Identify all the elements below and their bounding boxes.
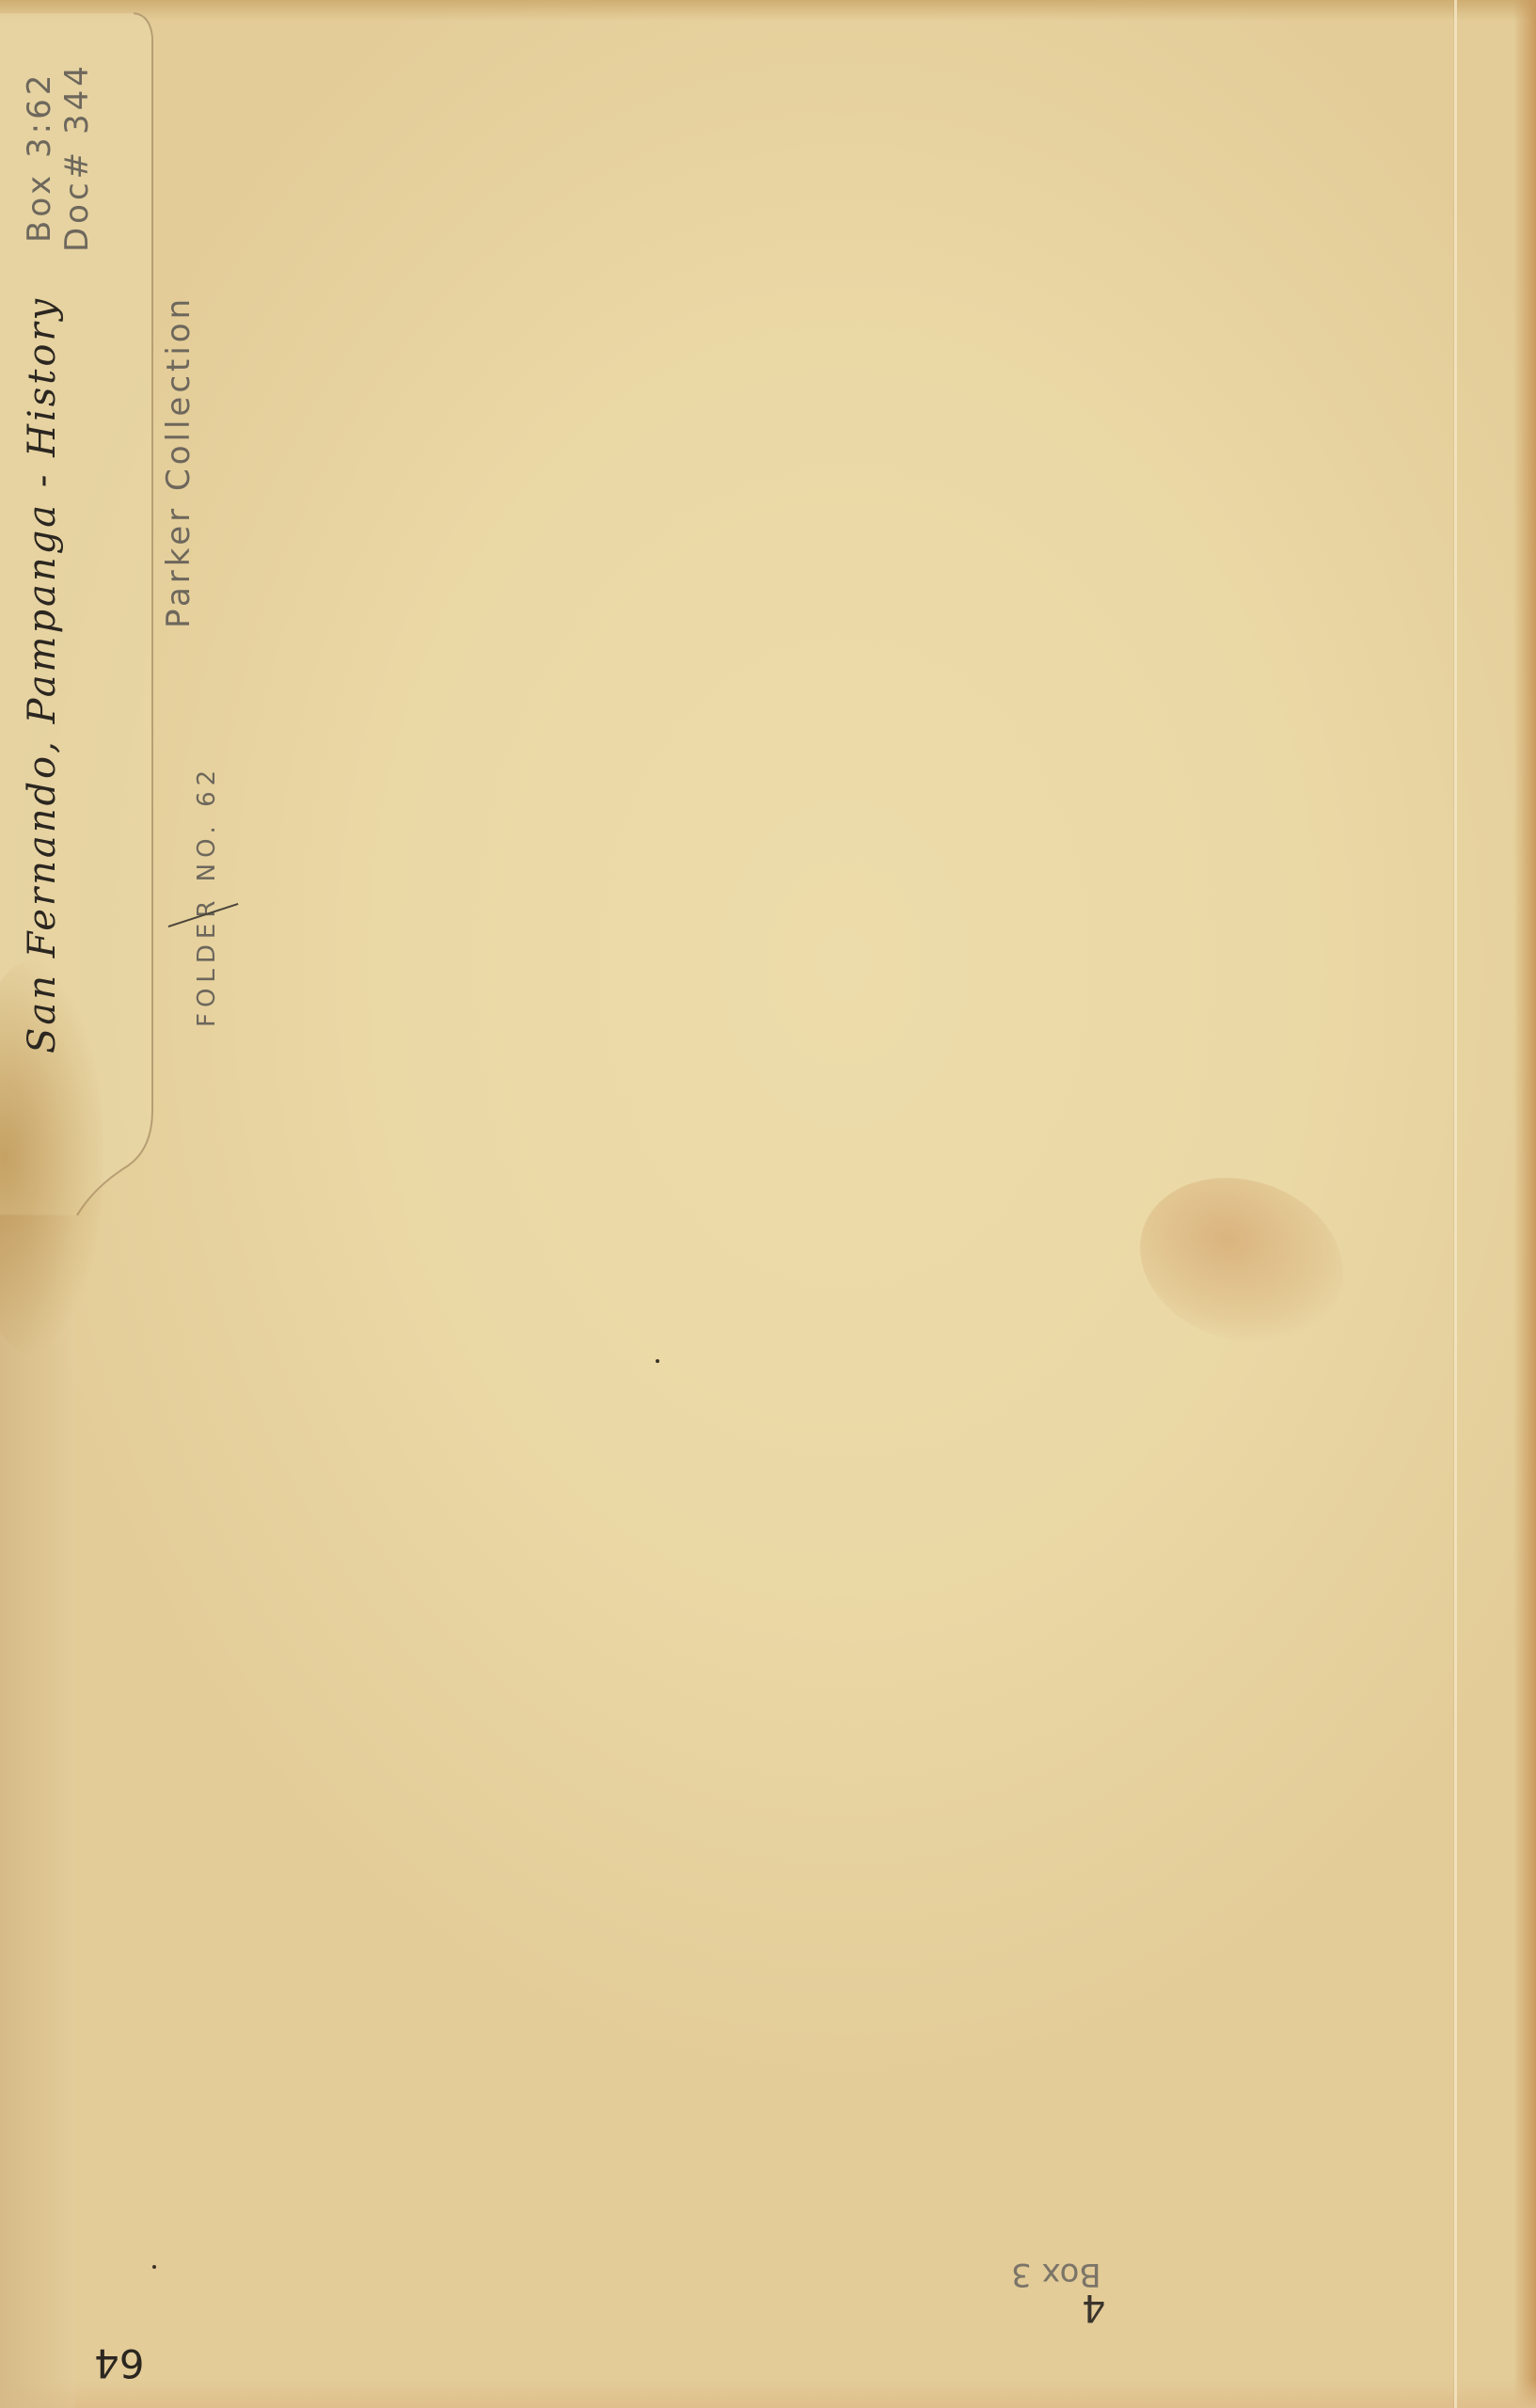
folder-scan: San Fernando, Pampanga - History Box 3:6… bbox=[0, 0, 1536, 2408]
box-annotation-overwrite: 4 bbox=[1082, 2286, 1105, 2329]
fold-crease bbox=[1454, 0, 1457, 2408]
speck bbox=[656, 1359, 659, 1363]
right-edge-discoloration bbox=[1513, 0, 1536, 2408]
box-reference: Box 3:62 bbox=[21, 71, 58, 243]
tab-title: San Fernando, Pampanga - History bbox=[21, 296, 64, 1053]
collection-label: Parker Collection bbox=[160, 295, 198, 628]
rust-stain bbox=[1118, 1152, 1365, 1369]
document-number: Doc# 344 bbox=[58, 62, 96, 252]
speck bbox=[152, 2265, 156, 2269]
left-edge-discoloration bbox=[0, 1213, 75, 2408]
bottom-edge-discoloration bbox=[0, 2380, 1536, 2408]
folder-number: FOLDER NO. 62 bbox=[193, 765, 221, 1027]
page-number: 64 bbox=[94, 2340, 144, 2386]
